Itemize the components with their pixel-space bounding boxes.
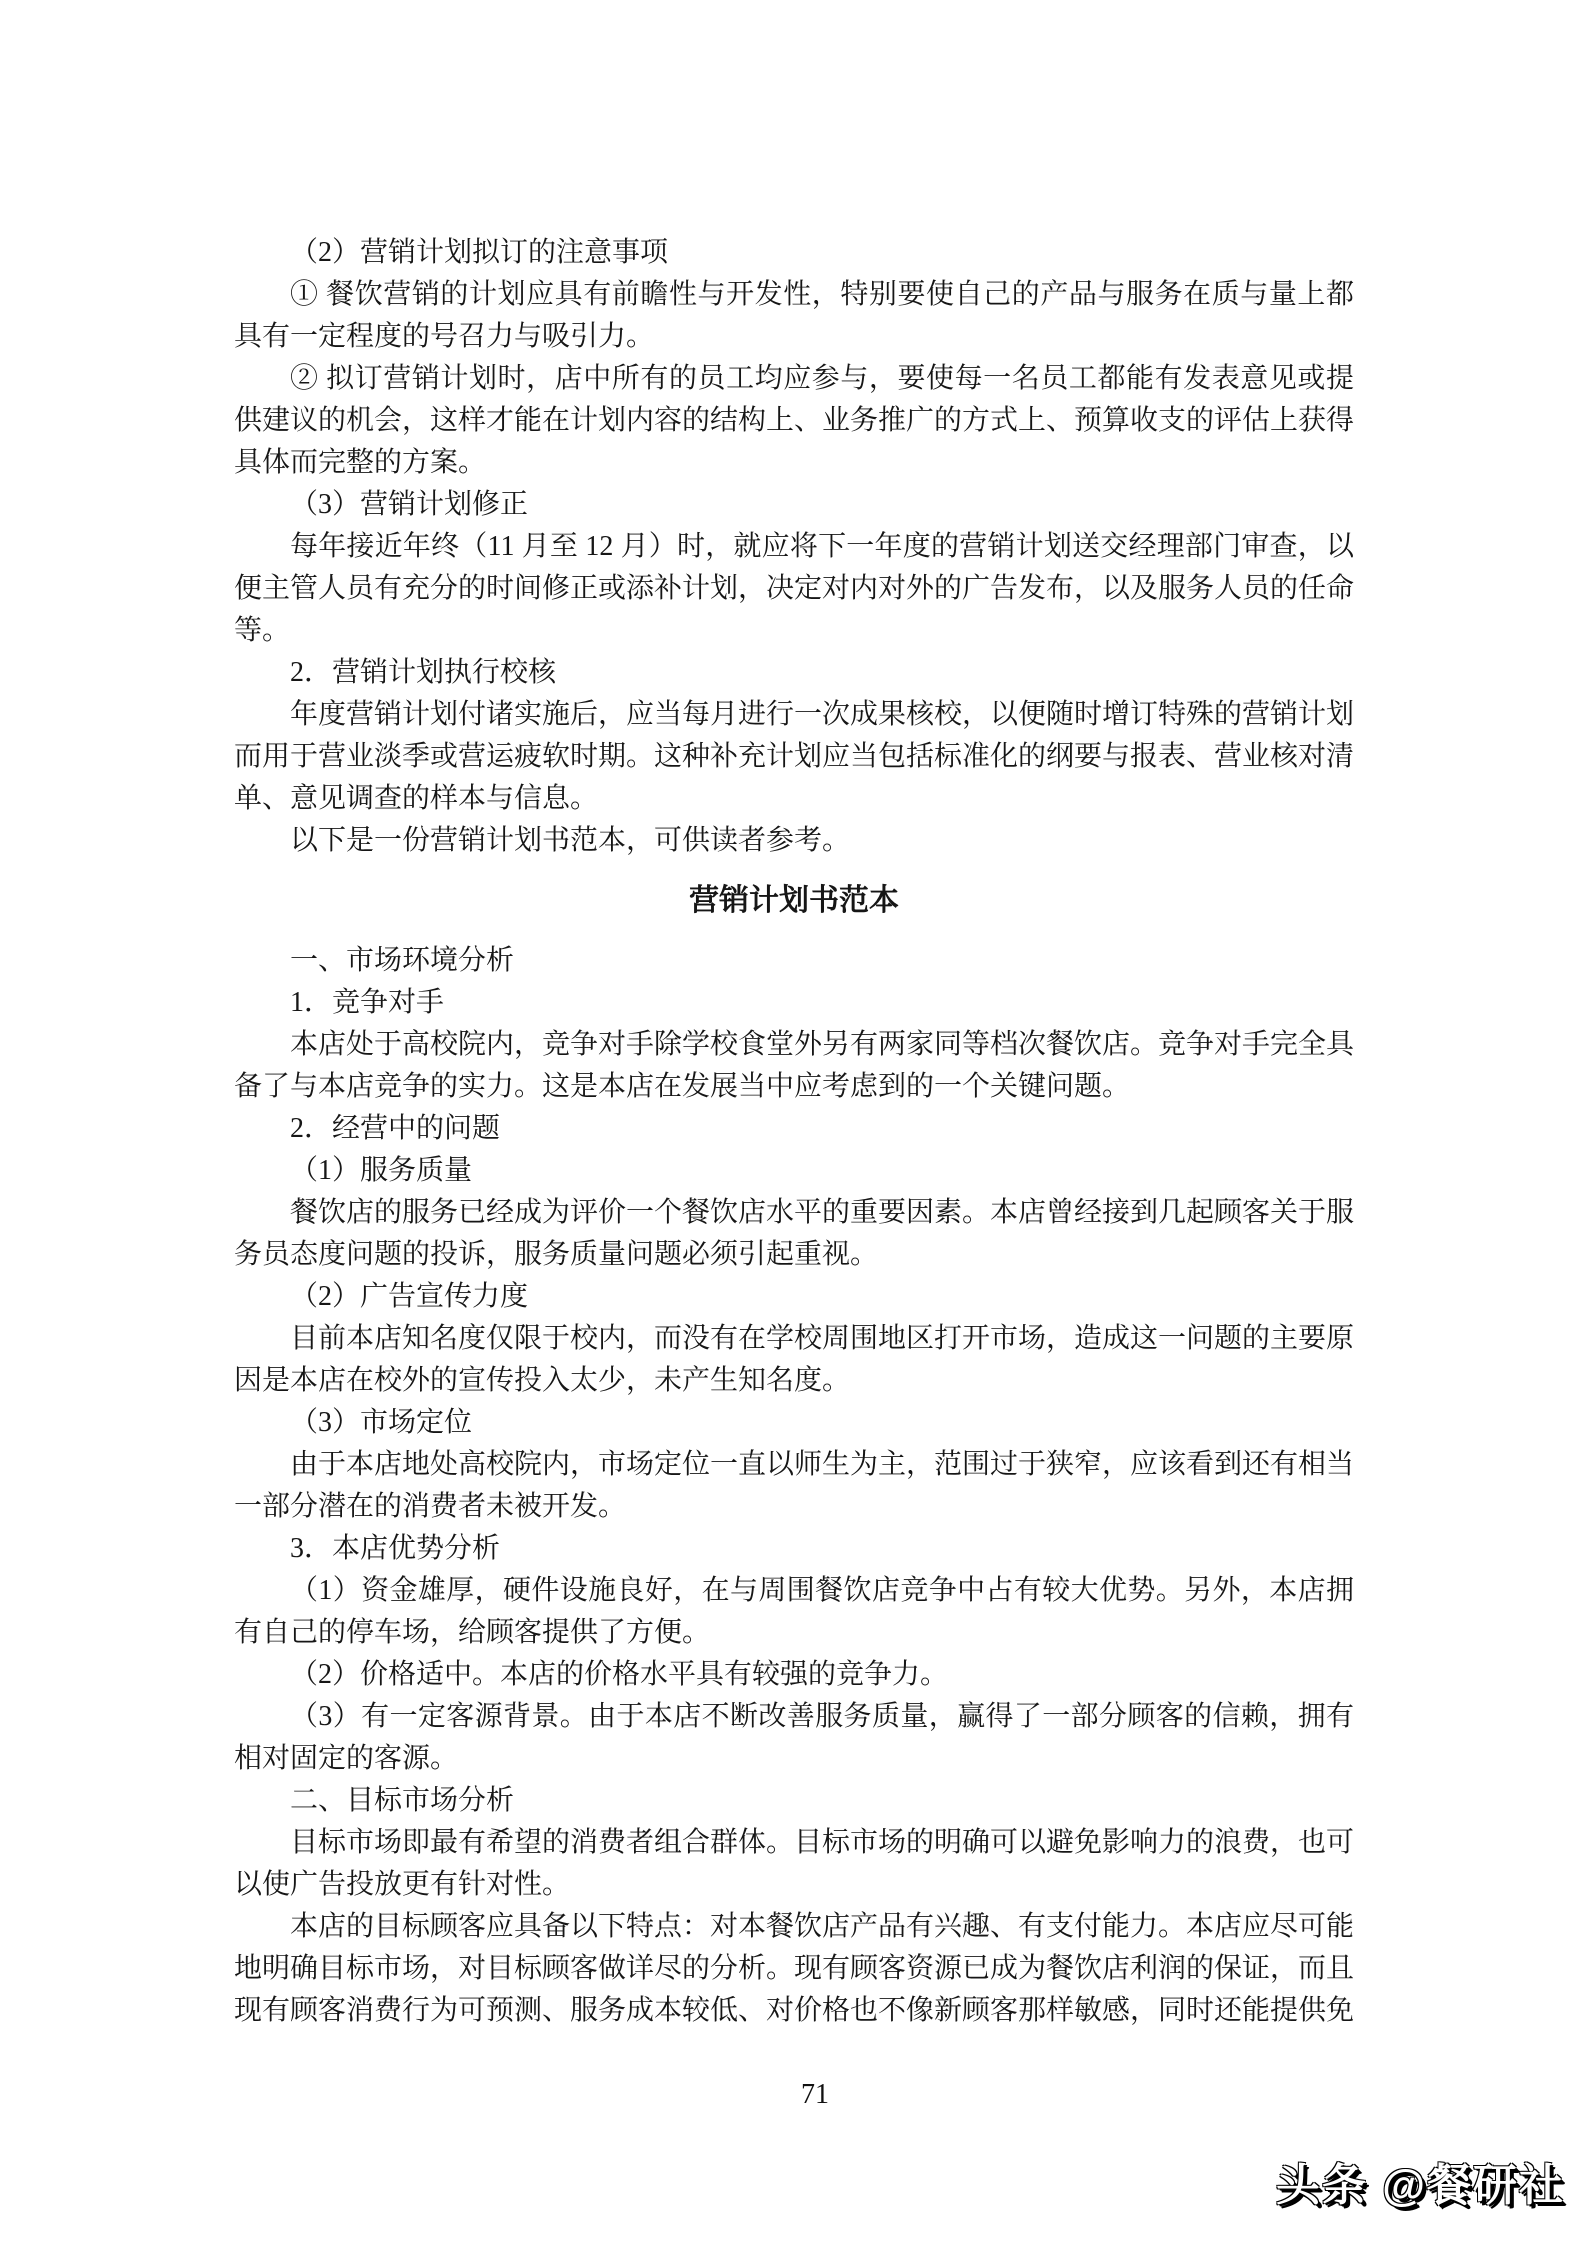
paragraph: （3）有一定客源背景。由于本店不断改善服务质量，赢得了一部分顾客的信赖，拥有相对… [234,1696,1354,1780]
paragraph: （2）价格适中。本店的价格水平具有较强的竞争力。 [234,1654,1354,1696]
paragraph: （1）服务质量 [234,1150,1354,1192]
paragraph: 3．本店优势分析 [234,1528,1354,1570]
document-body: （2）营销计划拟订的注意事项① 餐饮营销的计划应具有前瞻性与开发性，特别要使自己… [234,232,1354,2032]
paragraph: （2）营销计划拟订的注意事项 [234,232,1354,274]
paragraph: （1）资金雄厚，硬件设施良好，在与周围餐饮店竞争中占有较大优势。另外，本店拥有自… [234,1570,1354,1654]
paragraph: 1．竞争对手 [234,982,1354,1024]
paragraph: （3）市场定位 [234,1402,1354,1444]
paragraph: 以下是一份营销计划书范本，可供读者参考。 [234,820,1354,862]
paragraph: （2）广告宣传力度 [234,1276,1354,1318]
paragraph: 目标市场即最有希望的消费者组合群体。目标市场的明确可以避免影响力的浪费，也可以使… [234,1822,1354,1906]
paragraph: 本店的目标顾客应具备以下特点：对本餐饮店产品有兴趣、有支付能力。本店应尽可能地明… [234,1906,1354,2032]
paragraph: 由于本店地处高校院内，市场定位一直以师生为主，范围过于狭窄，应该看到还有相当一部… [234,1444,1354,1528]
paragraph: 餐饮店的服务已经成为评价一个餐饮店水平的重要因素。本店曾经接到几起顾客关于服务员… [234,1192,1354,1276]
paragraph: 一、市场环境分析 [234,940,1354,982]
paragraph: 2．经营中的问题 [234,1108,1354,1150]
watermark-toutiao: 头条 @餐研社 [1276,2160,1565,2212]
paragraph: 2．营销计划执行校核 [234,652,1354,694]
book-page: （2）营销计划拟订的注意事项① 餐饮营销的计划应具有前瞻性与开发性，特别要使自己… [0,0,1587,2245]
paragraph: 每年接近年终（11 月至 12 月）时，就应将下一年度的营销计划送交经理部门审查… [234,526,1354,652]
paragraph: 目前本店知名度仅限于校内，而没有在学校周围地区打开市场，造成这一问题的主要原因是… [234,1318,1354,1402]
document-title: 营销计划书范本 [234,880,1354,922]
paragraph: ② 拟订营销计划时，店中所有的员工均应参与，要使每一名员工都能有发表意见或提供建… [234,358,1354,484]
paragraph: 年度营销计划付诸实施后，应当每月进行一次成果核校，以便随时增订特殊的营销计划而用… [234,694,1354,820]
paragraph: （3）营销计划修正 [234,484,1354,526]
paragraph: 二、目标市场分析 [234,1780,1354,1822]
paragraph: 本店处于高校院内，竞争对手除学校食堂外另有两家同等档次餐饮店。竞争对手完全具备了… [234,1024,1354,1108]
paragraph: ① 餐饮营销的计划应具有前瞻性与开发性，特别要使自己的产品与服务在质与量上都具有… [234,274,1354,358]
page-number: 71 [801,2080,829,2110]
